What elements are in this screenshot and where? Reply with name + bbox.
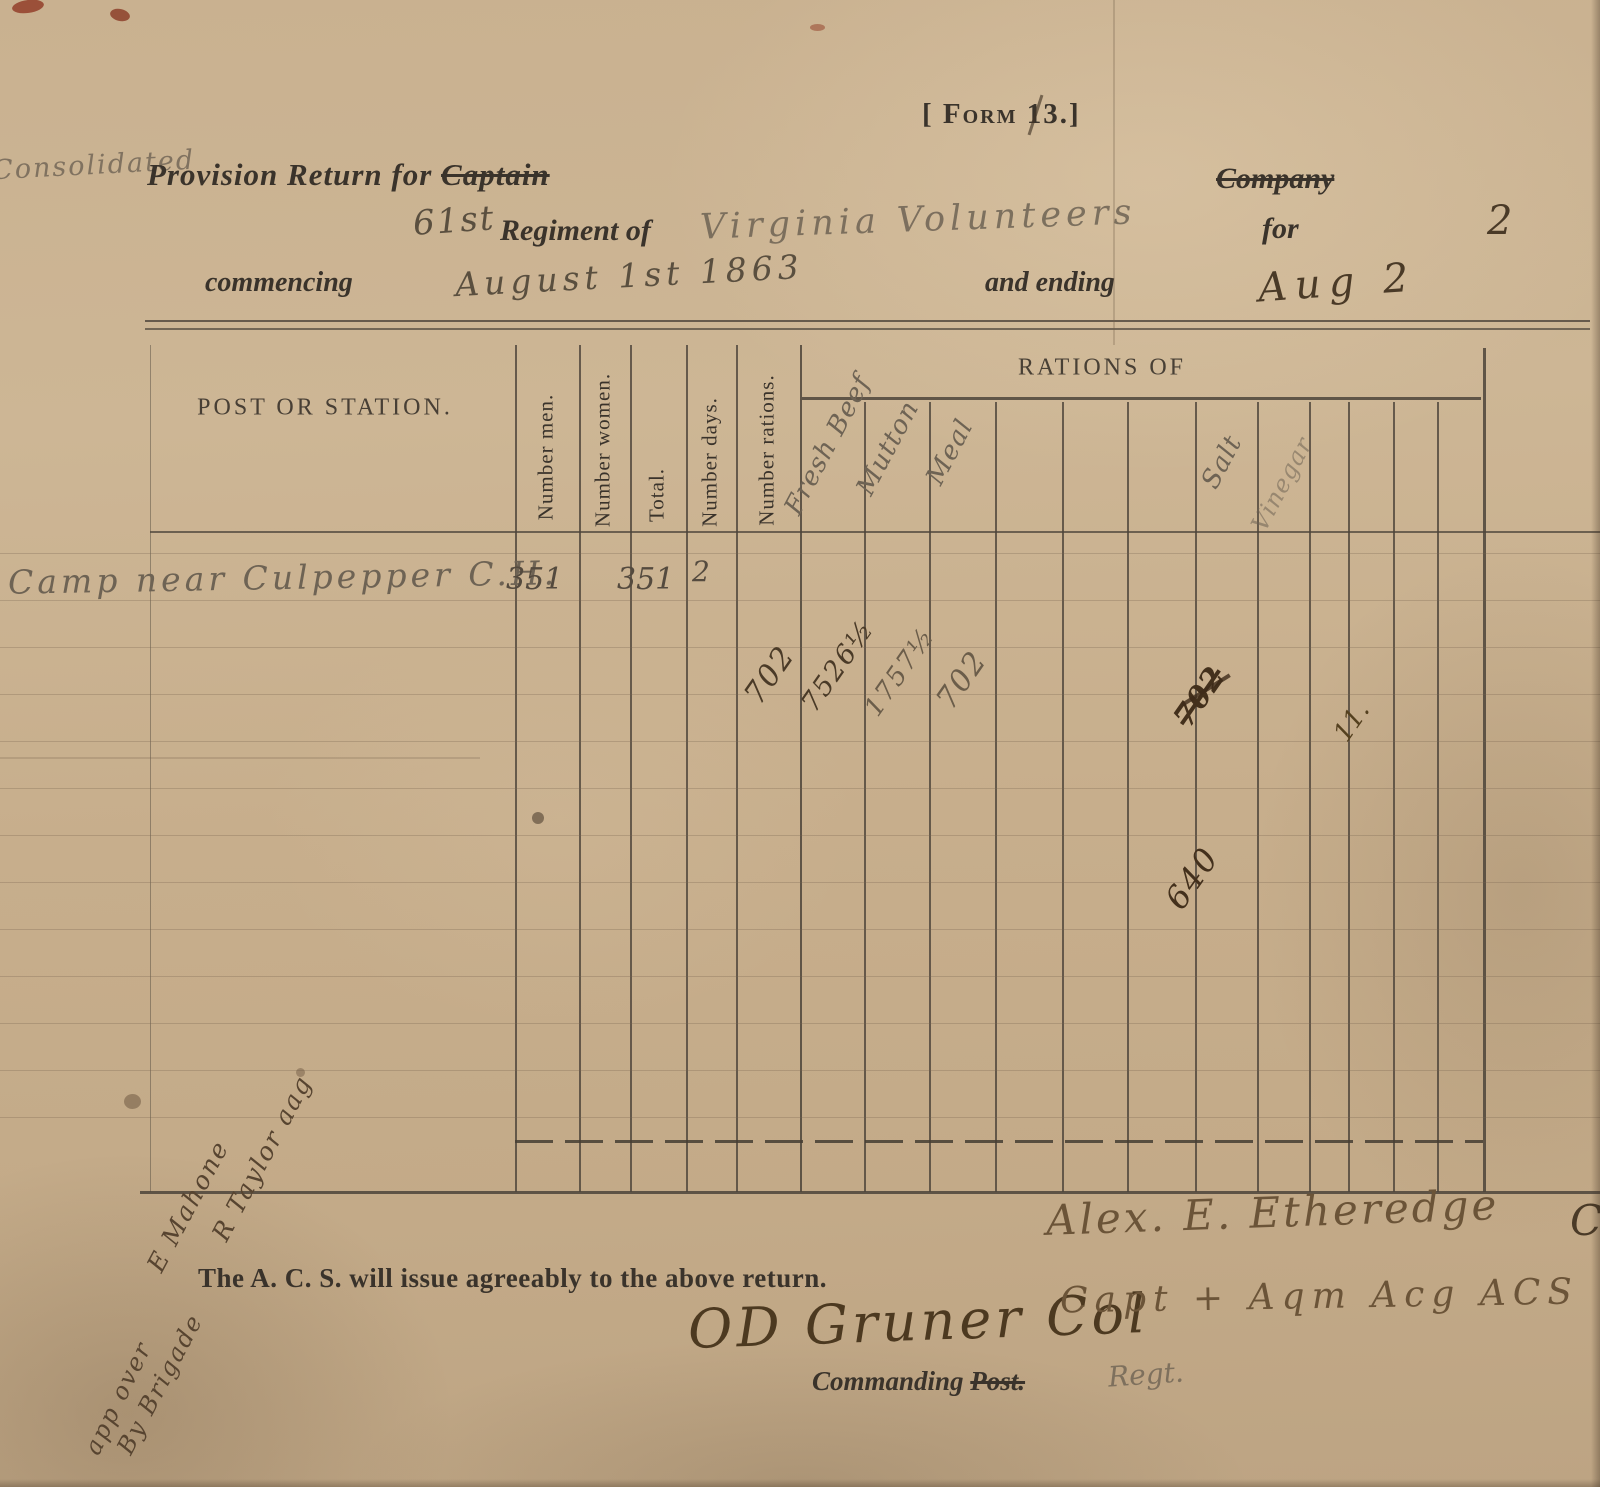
- table-vertical-line: [1127, 402, 1129, 1192]
- dashed-total-line: [515, 1140, 1483, 1143]
- post-word-struck: Post.: [970, 1366, 1025, 1396]
- row-total: 351: [617, 562, 674, 597]
- table-vertical-line: [995, 402, 997, 1192]
- ledger-line: [0, 647, 1600, 648]
- handwritten-commencing-date: August 1st 1863: [454, 247, 804, 304]
- handwritten-regiment-name: Virginia Volunteers: [699, 192, 1137, 247]
- red-stain: [810, 24, 825, 31]
- signature-title: Capt + Aqm Acg ACS: [1060, 1271, 1580, 1321]
- ledger-line: [0, 882, 1600, 883]
- ledger-line: [0, 553, 1600, 554]
- red-stain: [11, 0, 44, 15]
- crease: [1113, 0, 1115, 345]
- commanding-post-label: Commanding Post.: [812, 1366, 1025, 1397]
- table-vertical-line: [1393, 402, 1395, 1192]
- regt-correction: Regt.: [1107, 1355, 1185, 1393]
- handwritten-ending-date: Aug 2: [1257, 255, 1418, 312]
- company-label-struck: Company: [1216, 162, 1334, 196]
- commencing-label: commencing: [205, 267, 353, 299]
- ration-col-salt: Salt: [1196, 430, 1249, 494]
- ledger-line: [0, 976, 1600, 977]
- provision-return-document: [ Form 13.] Consolidated Provision Retur…: [0, 0, 1600, 1487]
- table-vertical-line: [1309, 402, 1311, 1192]
- row-meal: 702: [930, 644, 995, 716]
- row-station: Camp near Culpepper C.H.: [8, 553, 559, 602]
- row-number-days: 2: [692, 555, 710, 588]
- acs-statement: The A. C. S. will issue agreeably to the…: [198, 1263, 827, 1294]
- col-header-number-rations: Number rations.: [755, 374, 780, 525]
- smudge: [296, 1068, 305, 1077]
- ledger-line: [0, 835, 1600, 836]
- row-salt: 640: [1157, 840, 1227, 917]
- crease: [0, 757, 480, 759]
- rations-of-header: RATIONS OF: [1018, 355, 1186, 382]
- ledger-line: [0, 1023, 1600, 1024]
- col-header-number-days: Number days.: [698, 397, 723, 527]
- for-label: for: [1262, 212, 1299, 246]
- signature-name: Alex. E. Etheredge: [1045, 1180, 1500, 1245]
- table-vertical-line: [686, 345, 688, 1192]
- table-vertical-line: [1195, 402, 1197, 1192]
- table-vertical-line: [1483, 348, 1486, 1192]
- row-right-mark: 11.: [1328, 696, 1376, 747]
- table-horizontal-rule: [150, 531, 1600, 533]
- ledger-line: [0, 929, 1600, 930]
- col-header-number-men: Number men.: [534, 394, 559, 520]
- col-header-number-women: Number women.: [591, 373, 616, 527]
- table-vertical-line: [579, 345, 581, 1192]
- regiment-of-label: Regiment of: [500, 214, 651, 248]
- ink-spot: [532, 812, 544, 824]
- table-vertical-line: [630, 345, 632, 1192]
- ration-col-fresh-beef: Fresh Beef: [779, 370, 878, 520]
- ledger-line: [0, 1117, 1600, 1118]
- table-horizontal-rule: [145, 320, 1590, 322]
- form-title-prefix: Provision Return for: [147, 157, 441, 192]
- table-vertical-line: [150, 345, 151, 1192]
- form-title: Provision Return for Captain: [147, 157, 550, 193]
- form-number: [ Form 13.]: [922, 98, 1081, 131]
- red-stain: [109, 7, 131, 23]
- table-vertical-line: [864, 402, 866, 1192]
- table-vertical-line: [1437, 402, 1439, 1192]
- page-edge: [0, 1479, 1600, 1487]
- row-number-men: 351: [506, 562, 563, 597]
- table-vertical-line: [1348, 402, 1350, 1192]
- table-horizontal-rule: [145, 328, 1590, 330]
- row-number-rations: 702: [738, 639, 803, 711]
- post-or-station-header: POST OR STATION.: [197, 395, 453, 422]
- table-vertical-line: [1062, 402, 1064, 1192]
- handwritten-company-value: 2: [1487, 198, 1512, 244]
- table-vertical-line: [515, 345, 517, 1192]
- page-edge: [1591, 0, 1600, 1487]
- commanding-word: Commanding: [812, 1366, 970, 1396]
- handwritten-regiment-number: 61st: [412, 198, 497, 244]
- and-ending-label: and ending: [985, 267, 1115, 299]
- form-title-captain-struck: Captain: [441, 157, 550, 192]
- ledger-line: [0, 741, 1600, 742]
- col-header-total: Total.: [645, 468, 670, 522]
- smudge: [124, 1094, 141, 1109]
- ledger-line: [0, 600, 1600, 601]
- table-vertical-line: [929, 402, 931, 1192]
- table-vertical-line: [736, 345, 738, 1192]
- row-salt-cancelled: 702: [1167, 660, 1233, 734]
- ledger-line: [0, 788, 1600, 789]
- ledger-line: [0, 1070, 1600, 1071]
